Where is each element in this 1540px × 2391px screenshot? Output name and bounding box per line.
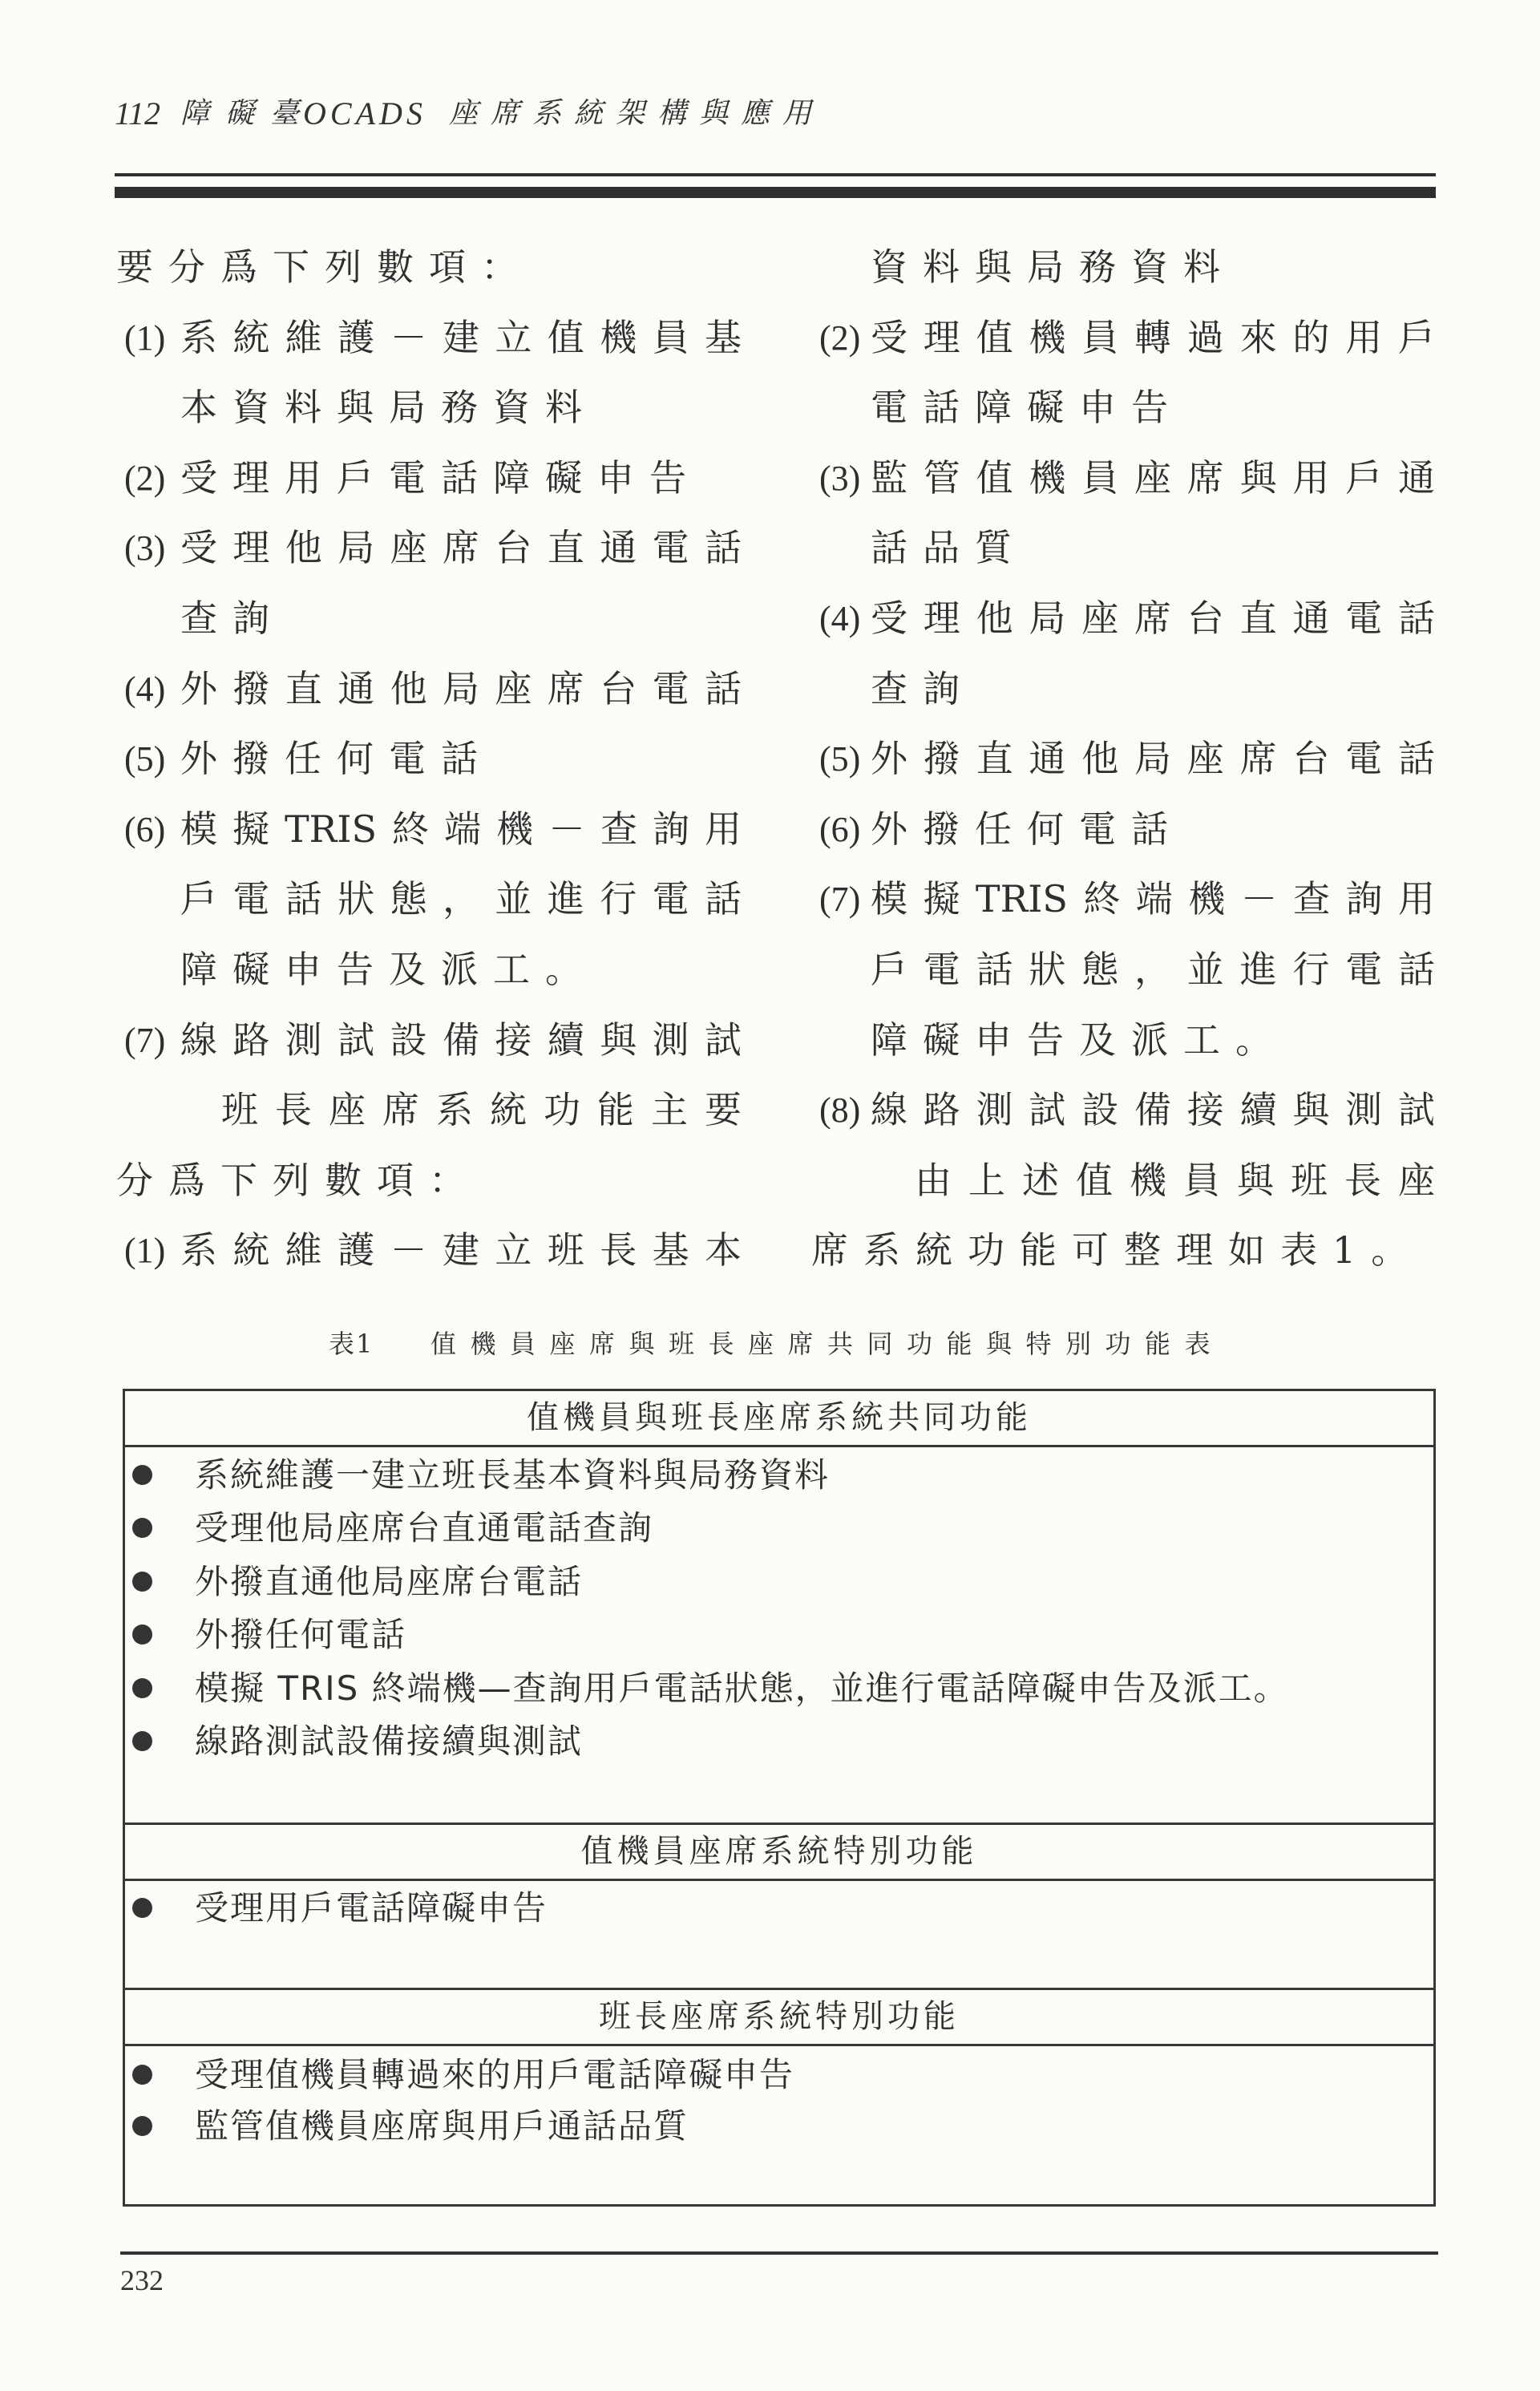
bullet-icon [132, 1572, 152, 1592]
list-item-line: (1) 系統維護－建立班長基本 [115, 1216, 748, 1286]
line-text: 模擬TRIS終端機－查詢用 [180, 795, 742, 865]
table-row: 受理值機員轉過來的用戶電話障礙申告 [125, 2049, 1433, 2102]
list-item-line: (5) 外撥任何電話 [115, 724, 748, 795]
list-number: (6) [124, 795, 165, 865]
list-item-line: (7) 模擬TRIS終端機－查詢用 [810, 864, 1443, 935]
table-row: 系統維護一建立班長基本資料與局務資料 [125, 1449, 1433, 1502]
body-line: 本資料與局務資料 [115, 373, 748, 443]
line-text: 線路測試設備接續與測試 [871, 1075, 1435, 1146]
body-line: 障礙申告及派工。 [115, 935, 748, 1005]
footer-rule [120, 2251, 1438, 2255]
line-text: 系統維護－建立值機員基 [180, 303, 742, 374]
line-text: 戶電話狀態，並進行電話 [871, 935, 1435, 1005]
list-item-line: (7) 線路測試設備接續與測試 [115, 1005, 748, 1076]
line-text: 監管值機員座席與用戶通 [871, 443, 1435, 514]
list-number: (7) [819, 864, 860, 935]
list-number: (8) [819, 1075, 860, 1146]
line-text: 分爲下列數項： [116, 1146, 481, 1216]
running-title-part2: 座席系統架構與應用 [449, 93, 824, 135]
line-text: 受理值機員轉過來的用戶 [871, 303, 1435, 374]
list-number: (3) [124, 513, 165, 584]
body-line: 分爲下列數項： [115, 1146, 748, 1216]
line-text: 受理用戶電話障礙申告 [180, 443, 701, 514]
line-text: 障礙申告及派工。 [180, 935, 597, 1005]
bullet-icon [132, 1731, 152, 1751]
table-section-heading: 值機員與班長座席系統共同功能 [125, 1391, 1433, 1445]
bullet-icon [132, 2065, 152, 2085]
table-item-text: 外撥直通他局座席台電話 [195, 1556, 583, 1608]
table-item-text: 線路測試設備接續與測試 [195, 1715, 583, 1768]
table-row: 模擬 TRIS 終端機—查詢用戶電話狀態，並進行電話障礙申告及派工。 [125, 1662, 1433, 1715]
bullet-icon [132, 1465, 152, 1485]
table-item-text: 監管值機員座席與用戶通話品質 [195, 2100, 689, 2153]
table-item-text: 模擬 TRIS 終端機—查詢用戶電話狀態，並進行電話障礙申告及派工。 [195, 1662, 1289, 1715]
list-number: (4) [124, 654, 165, 725]
list-item-line: (8) 線路測試設備接續與測試 [810, 1075, 1443, 1146]
page-number: 232 [120, 2266, 164, 2295]
table-row: 受理他局座席台直通電話查詢 [125, 1502, 1433, 1555]
bullet-icon [132, 1678, 152, 1698]
line-text: 班長座席系統功能主要 [221, 1075, 742, 1146]
table-row: 外撥直通他局座席台電話 [125, 1556, 1433, 1608]
body-line: 資料與局務資料 [810, 233, 1443, 303]
list-number: (2) [819, 303, 860, 374]
list-item-line: (3) 監管值機員座席與用戶通 [810, 443, 1443, 514]
table-divider [125, 2044, 1433, 2046]
bullet-icon [132, 2116, 152, 2136]
body-line: 障礙申告及派工。 [810, 1005, 1443, 1076]
table-divider [125, 1445, 1433, 1447]
function-table: 值機員與班長座席系統共同功能 系統維護一建立班長基本資料與局務資料 受理他局座席… [123, 1389, 1436, 2207]
line-text: 查詢 [180, 584, 285, 654]
line-text: 受理他局座席台直通電話 [180, 513, 742, 584]
table-divider [125, 1879, 1433, 1881]
table-item-text: 系統維護一建立班長基本資料與局務資料 [195, 1449, 830, 1502]
body-line: 戶電話狀態，並進行電話 [115, 864, 748, 935]
list-item-line: (4) 受理他局座席台直通電話 [810, 584, 1443, 654]
line-text: 本資料與局務資料 [180, 373, 597, 443]
line-text: 電話障礙申告 [871, 373, 1183, 443]
table-row: 監管值機員座席與用戶通話品質 [125, 2100, 1433, 2153]
body-line: 要分爲下列數項： [115, 233, 748, 303]
line-text: 受理他局座席台直通電話 [871, 584, 1435, 654]
line-text: 查詢 [871, 654, 975, 725]
line-text: 外撥任何電話 [871, 795, 1183, 865]
line-text: 外撥直通他局座席台電話 [871, 724, 1435, 795]
line-text: 系統維護－建立班長基本 [180, 1216, 742, 1286]
body-line: 席系統功能可整理如表1。 [810, 1216, 1443, 1286]
line-text: 模擬TRIS終端機－查詢用 [871, 864, 1435, 935]
body-line: 話品質 [810, 513, 1443, 584]
line-text: 話品質 [871, 513, 1027, 584]
header-thick-rule [115, 187, 1436, 198]
list-number: (1) [124, 1216, 165, 1286]
table-row: 受理用戶電話障礙申告 [125, 1882, 1433, 1935]
list-item-line: (2) 受理用戶電話障礙申告 [115, 443, 748, 514]
list-item-line: (6) 外撥任何電話 [810, 795, 1443, 865]
line-text: 外撥任何電話 [180, 724, 493, 795]
running-title-acronym: OCADS [303, 93, 426, 135]
table-item-text: 受理用戶電話障礙申告 [195, 1882, 548, 1935]
list-number: (2) [124, 443, 165, 514]
list-item-line: (6) 模擬TRIS終端機－查詢用 [115, 795, 748, 865]
right-text-column: 資料與局務資料 (2) 受理值機員轉過來的用戶 電話障礙申告 (3) 監管值機員… [810, 233, 1443, 1286]
table-section-heading: 班長座席系統特別功能 [125, 1990, 1433, 2044]
table-caption-title: 值機員座席與班長座席共同功能與特別功能表 [430, 1328, 1224, 1360]
list-item-line: (2) 受理值機員轉過來的用戶 [810, 303, 1443, 374]
list-number: (1) [124, 303, 165, 374]
line-text: 由上述值機員與班長座 [915, 1146, 1435, 1216]
table-section-heading: 值機員座席系統特別功能 [125, 1825, 1433, 1879]
list-item-line: (5) 外撥直通他局座席台電話 [810, 724, 1443, 795]
table-row: 外撥任何電話 [125, 1608, 1433, 1661]
body-line: 電話障礙申告 [810, 373, 1443, 443]
line-text: 要分爲下列數項： [116, 233, 533, 303]
header-thin-rule [115, 173, 1436, 176]
line-text: 席系統功能可整理如表1。 [811, 1216, 1423, 1286]
list-item-line: (4) 外撥直通他局座席台電話 [115, 654, 748, 725]
line-text: 障礙申告及派工。 [871, 1005, 1287, 1076]
list-number: (3) [819, 443, 860, 514]
bullet-icon [132, 1898, 152, 1918]
table-item-text: 受理值機員轉過來的用戶電話障礙申告 [195, 2049, 794, 2102]
list-item-line: (3) 受理他局座席台直通電話 [115, 513, 748, 584]
body-line: 查詢 [115, 584, 748, 654]
table-row: 線路測試設備接續與測試 [125, 1715, 1433, 1768]
list-number: (5) [124, 724, 165, 795]
list-number: (4) [819, 584, 860, 654]
paragraph-start-line: 由上述值機員與班長座 [810, 1146, 1443, 1216]
list-number: (5) [819, 724, 860, 795]
body-line: 查詢 [810, 654, 1443, 725]
left-text-column: 要分爲下列數項： (1) 系統維護－建立值機員基 本資料與局務資料 (2) 受理… [115, 233, 748, 1286]
bullet-icon [132, 1518, 152, 1538]
line-text: 戶電話狀態，並進行電話 [180, 864, 742, 935]
paragraph-start-line: 班長座席系統功能主要 [115, 1075, 748, 1146]
running-title-part1: 障礙臺 [180, 93, 315, 135]
list-number: (6) [819, 795, 860, 865]
line-text: 線路測試設備接續與測試 [180, 1005, 742, 1076]
table-item-text: 外撥任何電話 [195, 1608, 406, 1661]
line-text: 資料與局務資料 [871, 233, 1235, 303]
body-line: 戶電話狀態，並進行電話 [810, 935, 1443, 1005]
line-text: 外撥直通他局座席台電話 [180, 654, 742, 725]
chapter-number: 112 [115, 93, 160, 135]
bullet-icon [132, 1624, 152, 1645]
table-item-text: 受理他局座席台直通電話查詢 [195, 1502, 653, 1555]
list-item-line: (1) 系統維護－建立值機員基 [115, 303, 748, 374]
list-number: (7) [124, 1005, 165, 1076]
table-caption-label: 表1 [329, 1328, 374, 1360]
